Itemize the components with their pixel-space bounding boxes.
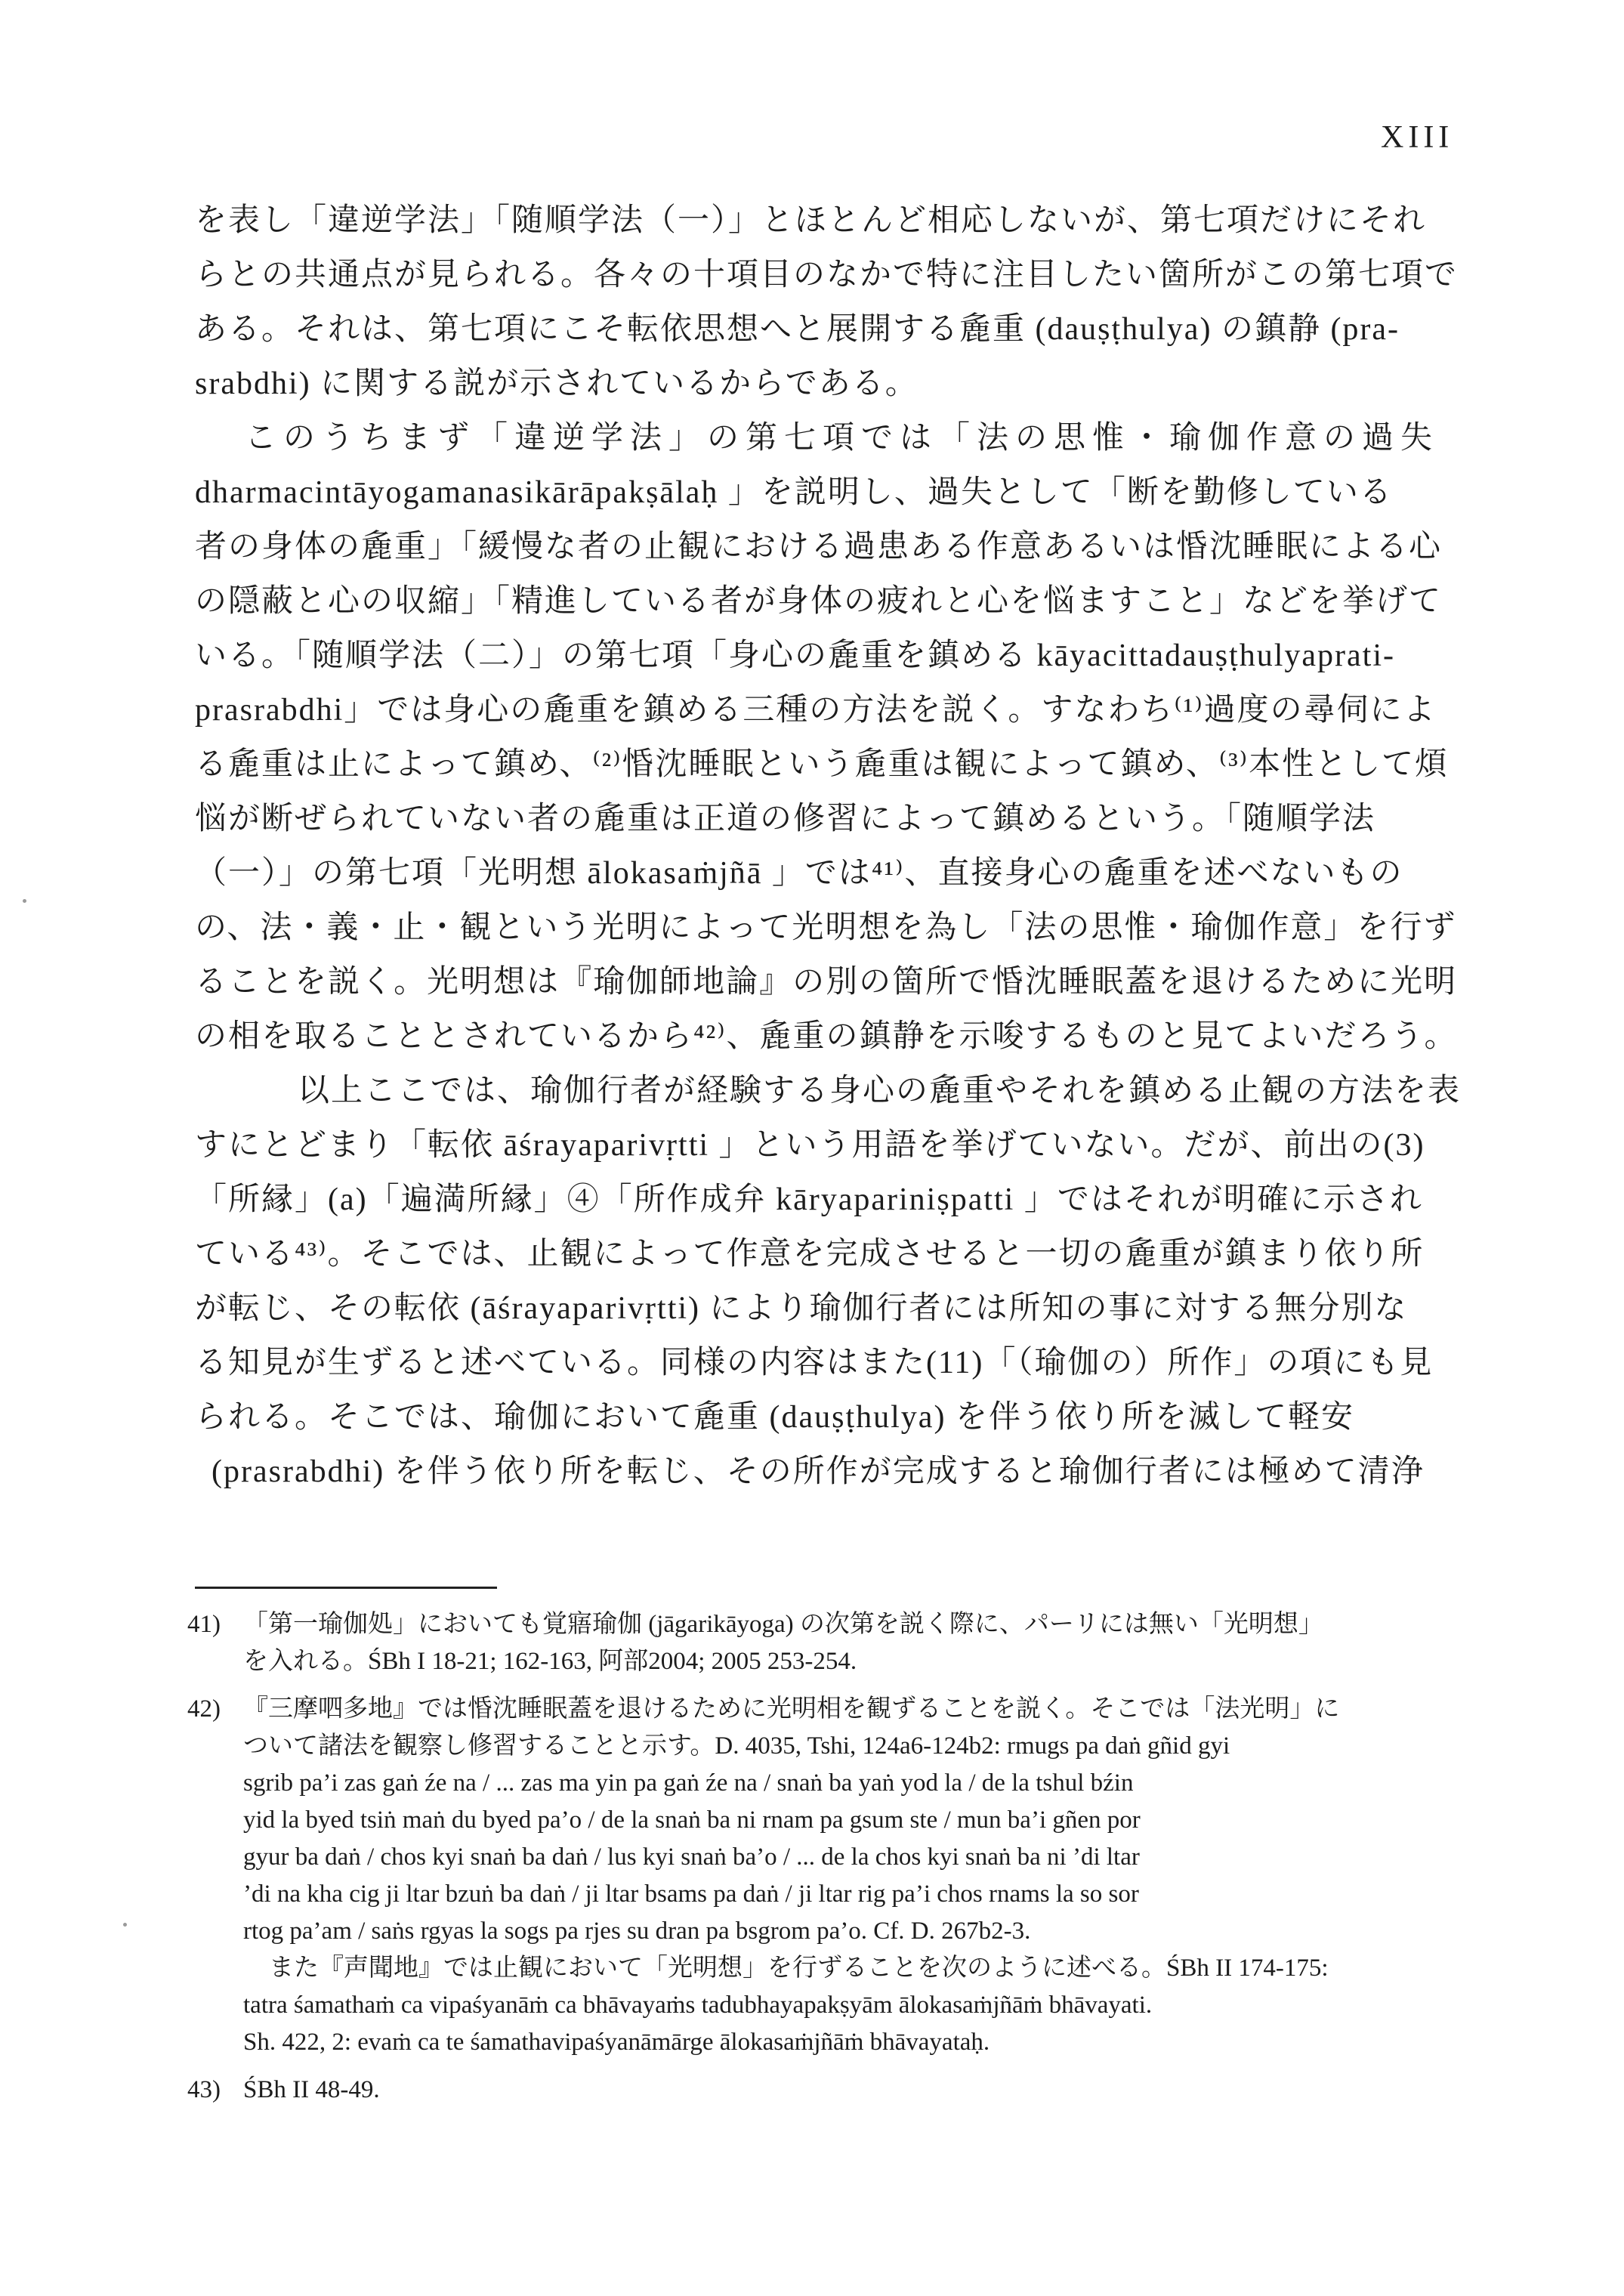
footnote-line: Sh. 422, 2: evaṁ ca te śamathavipaśyanām… bbox=[243, 2024, 1547, 2061]
footnote-text: Sh. 422, 2: evaṁ ca te śamathavipaśyanām… bbox=[243, 2029, 990, 2056]
text-line: dharmacintāyogamanasikārāpakṣālaḥ 」を説明し、… bbox=[195, 465, 1530, 520]
footnote-text: また『声聞地』では止観において「光明想」を行ずることを次のように述べる。ŚBh … bbox=[269, 1955, 1329, 1982]
footnote-text: sgrib pa’i zas gaṅ źe na / ... zas ma yi… bbox=[243, 1769, 1133, 1797]
text-line: 「所縁」(a)「遍満所縁」④「所作成弁 kāryapariniṣpatti 」で… bbox=[195, 1173, 1530, 1227]
text-line: prasrabdhi」では身心の麁重を鎮める三種の方法を説く。すなわち⁽¹⁾過度… bbox=[195, 683, 1530, 737]
text-line: を表し「違逆学法」「随順学法（一）」とほとんど相応しないが、第七項だけにそれ bbox=[195, 193, 1530, 248]
text-line: る知見が生ずると述べている。同様の内容はまた(11)「（瑜伽の）所作」の項にも見 bbox=[195, 1336, 1530, 1390]
text-line: が転じ、その転依 (āśrayaparivṛtti) により瑜伽行者には所知の事… bbox=[195, 1281, 1530, 1336]
scan-speck bbox=[23, 899, 26, 903]
footnote-number: 41) bbox=[187, 1606, 243, 1643]
body-text: を表し「違逆学法」「随順学法（一）」とほとんど相応しないが、第七項だけにそれ ら… bbox=[195, 193, 1530, 1499]
text-line: (prasrabdhi) を伴う依り所を転じ、その所作が完成すると瑜伽行者には極… bbox=[195, 1445, 1530, 1499]
footnote-number: 42) bbox=[187, 1691, 243, 1728]
text-line: る麁重は止によって鎮め、⁽²⁾惛沈睡眠という麁重は観によって鎮め、⁽³⁾本性とし… bbox=[195, 737, 1530, 792]
text-line: すにとどまり「転依 āśrayaparivṛtti 」という用語を挙げていない。… bbox=[195, 1118, 1530, 1173]
footnote-line: 42)『三摩呬多地』では惛沈睡眠蓋を退けるために光明相を観ずることを説く。そこで… bbox=[243, 1691, 1547, 1728]
footnote-text: を入れる。ŚBh I 18-21; 162-163, 阿部2004; 2005 … bbox=[243, 1648, 857, 1675]
footnote-line: また『声聞地』では止観において「光明想」を行ずることを次のように述べる。ŚBh … bbox=[243, 1950, 1547, 1987]
footnote-line: rtog pa’am / saṅs rgyas la sogs pa rjes … bbox=[243, 1913, 1547, 1950]
footnote-text: ついて諸法を観察し修習することと示す。D. 4035, Tshi, 124a6-… bbox=[243, 1732, 1230, 1760]
text-line: 者の身体の麁重」「緩慢な者の止観における過患ある作意あるいは惛沈睡眠による心 bbox=[195, 520, 1530, 574]
footnote-line: tatra śamathaṁ ca vipaśyanāṁ ca bhāvayaṁ… bbox=[243, 1987, 1547, 2024]
footnote-43: 43)ŚBh II 48-49. bbox=[187, 2072, 1547, 2109]
text-line: ある。それは、第七項にこそ転依思想へと展開する麁重 (dauṣṭhulya) の… bbox=[195, 302, 1530, 357]
text-line: 以上ここでは、瑜伽行者が経験する身心の麁重やそれを鎮める止観の方法を表 bbox=[195, 1064, 1530, 1118]
footnote-text: ŚBh II 48-49. bbox=[243, 2076, 380, 2103]
text-line: の隠蔽と心の収縮」「精進している者が身体の疲れと心を悩ますこと」などを挙げて bbox=[195, 574, 1530, 629]
footnote-line: ’di na kha cig ji ltar bzuṅ ba daṅ / ji … bbox=[243, 1876, 1547, 1913]
page-number: XIII bbox=[1381, 119, 1453, 156]
footnote-42: 42)『三摩呬多地』では惛沈睡眠蓋を退けるために光明相を観ずることを説く。そこで… bbox=[187, 1691, 1547, 2061]
footnote-41: 41)「第一瑜伽処」においても覚寤瑜伽 (jāgarikāyoga) の次第を説… bbox=[187, 1606, 1547, 1680]
footnote-line: ついて諸法を観察し修習することと示す。D. 4035, Tshi, 124a6-… bbox=[243, 1728, 1547, 1765]
text-line: 悩が断ぜられていない者の麁重は正道の修習によって鎮めるという。「随順学法 bbox=[195, 792, 1530, 846]
footnotes-section: 41)「第一瑜伽処」においても覚寤瑜伽 (jāgarikāyoga) の次第を説… bbox=[187, 1606, 1547, 2119]
footnote-text: tatra śamathaṁ ca vipaśyanāṁ ca bhāvayaṁ… bbox=[243, 1992, 1152, 2019]
text-line: の、法・義・止・観という光明によって光明想を為し「法の思惟・瑜伽作意」を行ず bbox=[195, 901, 1530, 955]
text-line: ることを説く。光明想は『瑜伽師地論』の別の箇所で惛沈睡眠蓋を退けるために光明 bbox=[195, 955, 1530, 1009]
text-line: ている⁴³⁾。そこでは、止観によって作意を完成させると一切の麁重が鎮まり依り所 bbox=[195, 1227, 1530, 1281]
text-line: （一）」の第七項「光明想 ālokasaṁjñā 」では⁴¹⁾、直接身心の麁重を… bbox=[195, 846, 1530, 901]
text-line: の相を取ることとされているから⁴²⁾、麁重の鎮静を示唆するものと見てよいだろう。 bbox=[195, 1009, 1530, 1064]
scan-speck bbox=[123, 1923, 127, 1927]
text-line: られる。そこでは、瑜伽において麁重 (dauṣṭhulya) を伴う依り所を滅し… bbox=[195, 1390, 1530, 1445]
text-line: srabdhi) に関する説が示されているからである。 bbox=[195, 357, 1530, 411]
footnote-line: を入れる。ŚBh I 18-21; 162-163, 阿部2004; 2005 … bbox=[243, 1643, 1547, 1680]
footnote-line: 43)ŚBh II 48-49. bbox=[243, 2072, 1547, 2109]
footnote-number: 43) bbox=[187, 2072, 243, 2109]
footnote-line: yid la byed tsiṅ maṅ du byed pa’o / de l… bbox=[243, 1802, 1547, 1839]
footnote-text: 「第一瑜伽処」においても覚寤瑜伽 (jāgarikāyoga) の次第を説く際に… bbox=[243, 1611, 1323, 1638]
footnote-separator bbox=[195, 1587, 497, 1589]
footnote-text: ’di na kha cig ji ltar bzuṅ ba daṅ / ji … bbox=[243, 1880, 1139, 1908]
text-line: らとの共通点が見られる。各々の十項目のなかで特に注目したい箇所がこの第七項で bbox=[195, 248, 1530, 302]
footnote-text: yid la byed tsiṅ maṅ du byed pa’o / de l… bbox=[243, 1806, 1141, 1834]
footnote-line: sgrib pa’i zas gaṅ źe na / ... zas ma yi… bbox=[243, 1765, 1547, 1802]
scanned-paper-page: XIII を表し「違逆学法」「随順学法（一）」とほとんど相応しないが、第七項だけ… bbox=[0, 0, 1624, 2296]
text-line: このうちまず「違逆学法」の第七項では「法の思惟・瑜伽作意の過失 bbox=[195, 411, 1530, 465]
text-line: いる。「随順学法（二）」の第七項「身心の麁重を鎮める kāyacittadauṣ… bbox=[195, 629, 1530, 683]
footnote-text: gyur ba daṅ / chos kyi snaṅ ba daṅ / lus… bbox=[243, 1843, 1140, 1871]
footnote-text: rtog pa’am / saṅs rgyas la sogs pa rjes … bbox=[243, 1917, 1030, 1945]
footnote-text: 『三摩呬多地』では惛沈睡眠蓋を退けるために光明相を観ずることを説く。そこでは「法… bbox=[243, 1695, 1339, 1723]
footnote-line: gyur ba daṅ / chos kyi snaṅ ba daṅ / lus… bbox=[243, 1839, 1547, 1876]
footnote-line: 41)「第一瑜伽処」においても覚寤瑜伽 (jāgarikāyoga) の次第を説… bbox=[243, 1606, 1547, 1643]
